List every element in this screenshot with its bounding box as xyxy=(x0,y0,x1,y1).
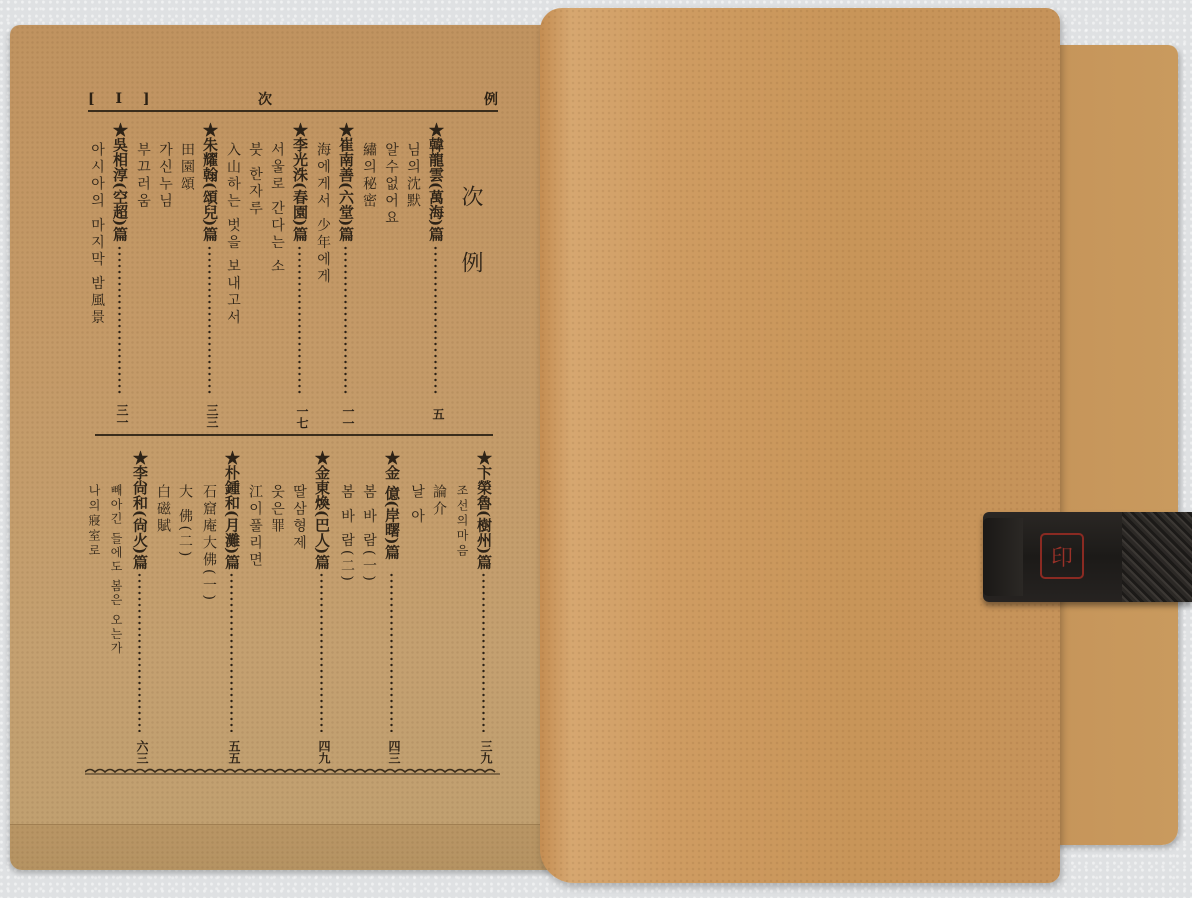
toc-work: 웃은罪 xyxy=(270,484,284,535)
leader-dots xyxy=(298,245,301,395)
toc-author: ★崔南善(六堂)篇 xyxy=(338,122,353,241)
toc-work: 봄 바 람(二) xyxy=(340,484,354,584)
page-fold-shadow xyxy=(10,824,555,870)
toc-page-number: 四三 xyxy=(386,740,403,764)
toc-work: 님의沈默 xyxy=(406,142,420,210)
toc-work: 나의寢室로 xyxy=(88,484,100,559)
toc-author: ★吳相淳(空超)篇 xyxy=(112,122,127,241)
leader-dots xyxy=(482,572,485,732)
toc-work: 부끄러움 xyxy=(136,142,150,210)
toc-work: 繡의秘密 xyxy=(362,142,376,210)
toc-work: 딸삼형제 xyxy=(292,484,306,552)
toc-author: ★金東煥(巴人)篇 xyxy=(314,450,329,569)
running-head: [ I ] 次 例 xyxy=(88,88,498,112)
photo-scene: [ I ] 次 例 次例 ★韓龍雲(萬海)篇 五 님의沈默 알수없어요 繡의秘密… xyxy=(0,0,1192,898)
section-divider xyxy=(95,434,493,436)
toc-work: 田園頌 xyxy=(180,142,194,193)
toc-work: 石窟庵大佛(一) xyxy=(202,484,216,603)
toc-author: ★李光洙(春園)篇 xyxy=(292,122,307,241)
toc-page-number: 五五 xyxy=(226,740,243,764)
toc-work: 봄 바 람(一) xyxy=(362,484,376,584)
right-page-blank xyxy=(540,8,1060,883)
toc-page-number: 三九 xyxy=(478,740,495,764)
toc-page-number: 一一 xyxy=(340,405,357,429)
leader-dots xyxy=(138,572,141,732)
toc-page-number: 四九 xyxy=(316,740,333,764)
toc-work: 白磁賦 xyxy=(156,484,170,535)
toc-work: 가신누님 xyxy=(158,142,172,210)
toc-work: 江이풀리면 xyxy=(248,484,262,569)
toc-page-number: 六三 xyxy=(134,740,151,764)
toc-work: 아시아의 마지막 밤風景 xyxy=(90,142,104,327)
toc-page-number: 三三 xyxy=(204,404,221,428)
toc-work: 海에게서 少年에게 xyxy=(316,142,330,285)
leader-dots xyxy=(390,572,393,732)
toc-work: 조선의마음 xyxy=(456,484,468,559)
toc-author: ★韓龍雲(萬海)篇 xyxy=(428,122,443,241)
running-head-left-char: 次 xyxy=(258,89,272,109)
toc-title: 次例 xyxy=(455,185,486,317)
seal-stamp: 印 xyxy=(983,512,1192,602)
toc-work: 날 아 xyxy=(410,484,424,525)
toc-page-number: 五 xyxy=(430,408,447,420)
toc-work: 빼아긴 들에도 봄은 오는가 xyxy=(110,484,122,655)
toc-author: ★卞榮魯(樹州)篇 xyxy=(476,450,491,569)
running-head-right-char: 例 xyxy=(484,89,498,109)
toc-page-number: 一七 xyxy=(294,405,311,429)
toc-page-number: 三一 xyxy=(114,404,131,428)
toc-author: ★朴鍾和(月灘)篇 xyxy=(224,450,239,569)
leader-dots xyxy=(208,245,211,395)
toc-author: ★朱耀翰(頌兒)篇 xyxy=(202,122,217,241)
leader-dots xyxy=(434,245,437,395)
page-number: [ I ] xyxy=(88,91,158,107)
leader-dots xyxy=(118,245,121,395)
toc-work: 서울로 간다는 소 xyxy=(270,142,284,276)
toc-work: 알수없어요 xyxy=(384,142,398,227)
leader-dots xyxy=(344,245,347,395)
leader-dots xyxy=(230,572,233,732)
seal-face xyxy=(983,518,1023,596)
wave-ornament-rule xyxy=(85,765,500,775)
toc-author: ★李尙和(尙火)篇 xyxy=(132,450,147,569)
toc-author: ★金 億(岸曙)篇 xyxy=(384,450,399,559)
seal-mark-icon: 印 xyxy=(1040,533,1084,579)
toc-work: 論介 xyxy=(432,484,446,518)
seal-carved-handle xyxy=(1122,512,1192,602)
toc-work: 붓 한자루 xyxy=(248,142,262,217)
toc-work: 大 佛(二) xyxy=(178,484,192,559)
leader-dots xyxy=(320,572,323,732)
toc-work: 入山하는 벗을 보내고서 xyxy=(226,142,240,327)
